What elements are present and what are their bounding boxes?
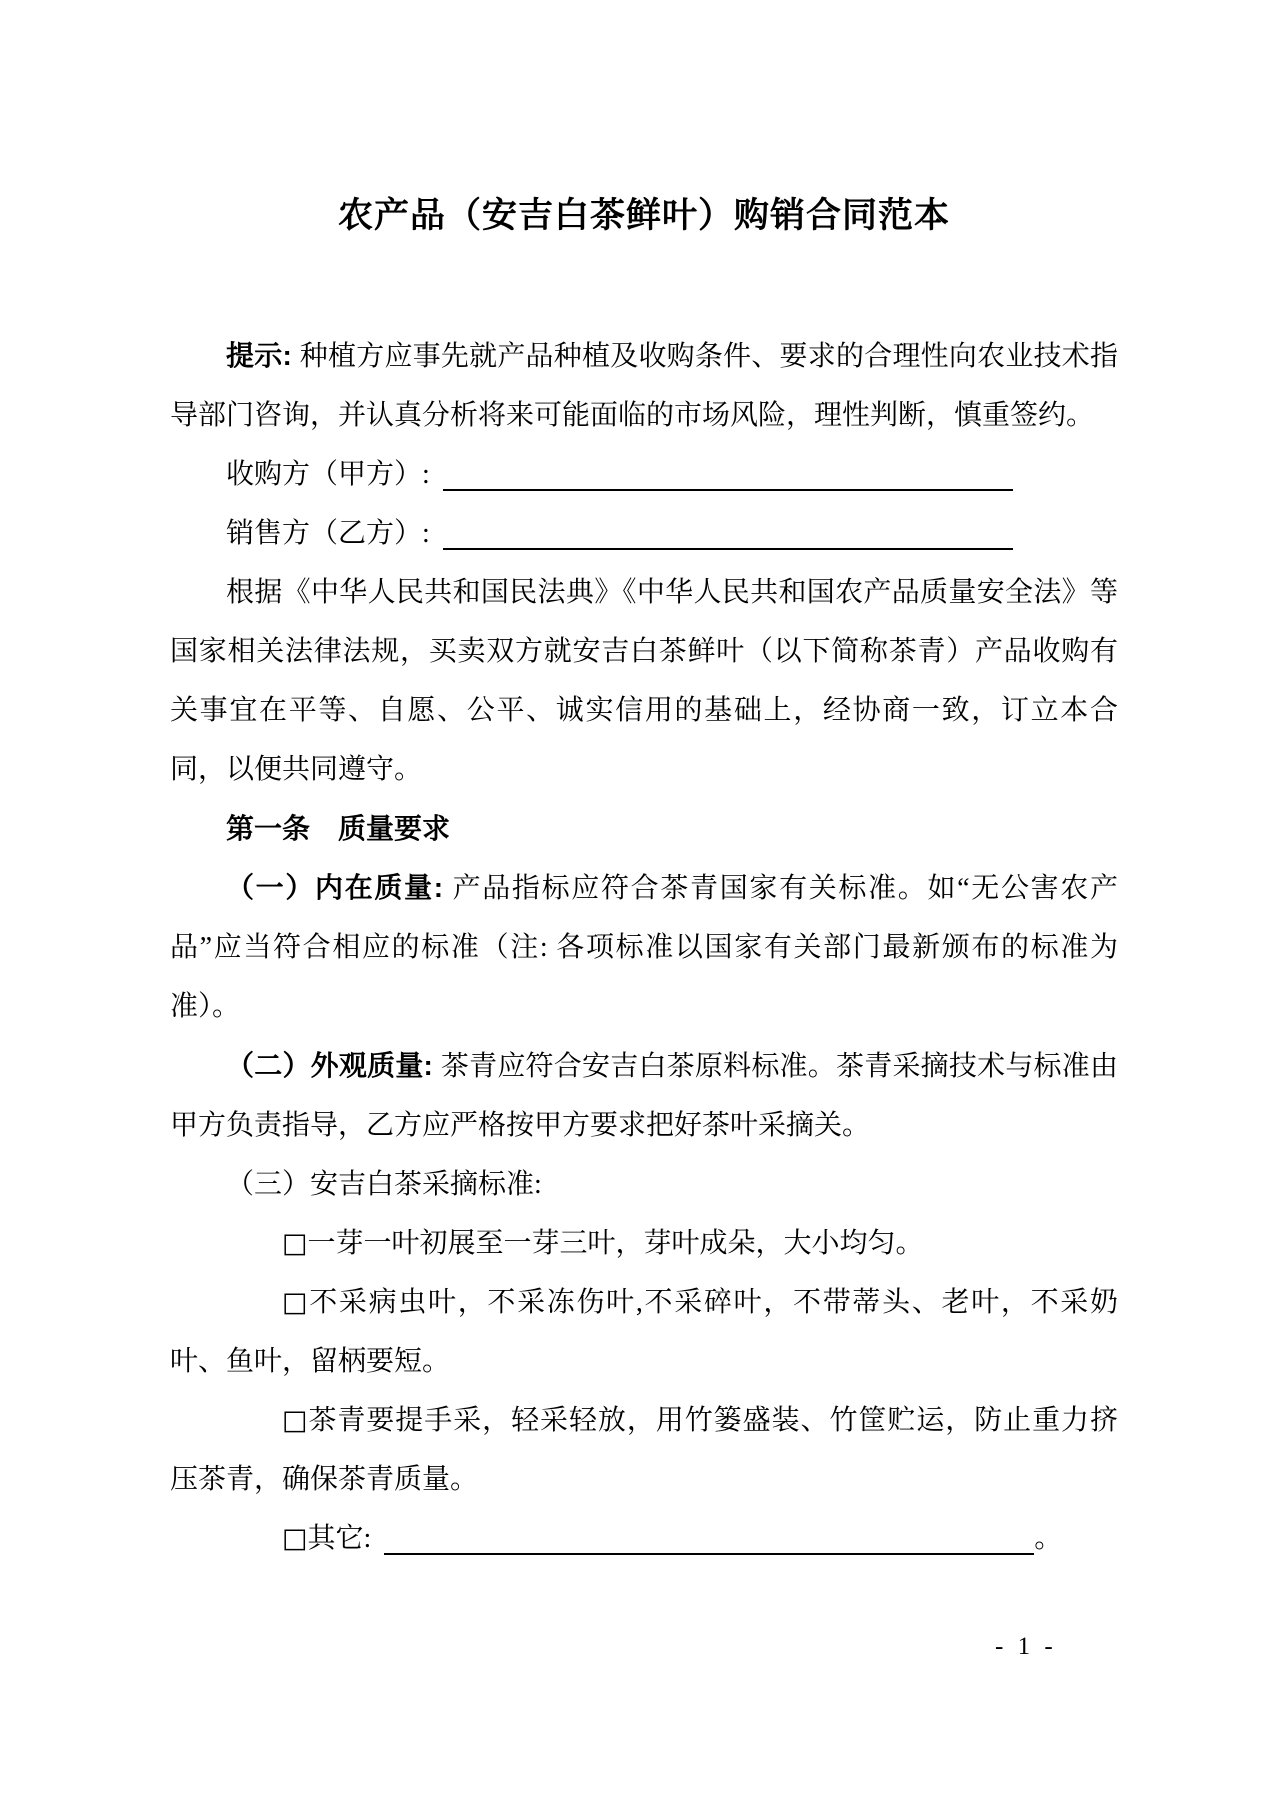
notice-text: 种植方应事先就产品种植及收购条件、要求的合理性向农业技术指导部门咨询，并认真分析… — [170, 341, 1118, 431]
other-option-suffix: 。 — [1034, 1523, 1062, 1554]
notice-label: 提示: — [226, 340, 300, 371]
buyer-label: 收购方（甲方）: — [226, 459, 437, 490]
checkbox-icon[interactable]: □ — [226, 1214, 308, 1273]
contract-document-page: 农产品（安吉白茶鲜叶）购销合同范本 提示: 种植方应事先就产品种植及收购条件、要… — [0, 0, 1280, 1810]
clause2-label: （二）外观质量: — [226, 1050, 441, 1081]
seller-fill-in-blank[interactable] — [443, 516, 1013, 550]
clause3-paragraph: （三）安吉白茶采摘标准: — [170, 1155, 1118, 1214]
option-row-2: □不采病虫叶，不采冻伤叶,不采碎叶，不带蒂头、老叶，不采奶叶、鱼叶，留柄要短。 — [170, 1273, 1118, 1391]
option-row-3: □茶青要提手采，轻采轻放，用竹篓盛装、竹筐贮运，防止重力挤压茶青，确保茶青质量。 — [170, 1391, 1118, 1509]
other-option-label: 其它: — [308, 1523, 379, 1554]
buyer-fill-in-blank[interactable] — [443, 457, 1013, 491]
checkbox-icon[interactable]: □ — [226, 1391, 308, 1450]
notice-paragraph: 提示: 种植方应事先就产品种植及收购条件、要求的合理性向农业技术指导部门咨询，并… — [170, 326, 1118, 445]
option-2-text: 不采病虫叶，不采冻伤叶,不采碎叶，不带蒂头、老叶，不采奶叶、鱼叶，留柄要短。 — [170, 1287, 1118, 1377]
clause1-paragraph: （一）内在质量: 产品指标应符合茶青国家有关标准。如“无公害农产品”应当符合相应… — [170, 858, 1118, 1036]
checkbox-icon[interactable]: □ — [226, 1273, 308, 1332]
option-row-other: □其它: 。 — [170, 1509, 1118, 1568]
clause3-label: （三）安吉白茶采摘标准: — [226, 1169, 542, 1200]
document-body: 提示: 种植方应事先就产品种植及收购条件、要求的合理性向农业技术指导部门咨询，并… — [170, 326, 1118, 1568]
option-1-text: 一芽一叶初展至一芽三叶，芽叶成朵，大小均匀。 — [308, 1228, 924, 1259]
clause1-label: （一）内在质量: — [226, 872, 453, 903]
option-row-1: □一芽一叶初展至一芽三叶，芽叶成朵，大小均匀。 — [170, 1214, 1118, 1273]
preamble-paragraph: 根据《中华人民共和国民法典》《中华人民共和国农产品质量安全法》等国家相关法律法规… — [170, 563, 1118, 799]
other-fill-in-blank[interactable] — [384, 1521, 1034, 1555]
clause2-paragraph: （二）外观质量: 茶青应符合安吉白茶原料标准。茶青采摘技术与标准由甲方负责指导，… — [170, 1036, 1118, 1155]
checkbox-icon[interactable]: □ — [226, 1509, 308, 1568]
buyer-line: 收购方（甲方）: — [170, 445, 1118, 504]
option-3-text: 茶青要提手采，轻采轻放，用竹篓盛装、竹筐贮运，防止重力挤压茶青，确保茶青质量。 — [170, 1405, 1118, 1495]
page-title: 农产品（安吉白茶鲜叶）购销合同范本 — [170, 190, 1118, 242]
page-number: - 1 - — [995, 1632, 1057, 1662]
seller-line: 销售方（乙方）: — [170, 504, 1118, 563]
article1-heading: 第一条 质量要求 — [170, 799, 1118, 858]
seller-label: 销售方（乙方）: — [226, 518, 437, 549]
